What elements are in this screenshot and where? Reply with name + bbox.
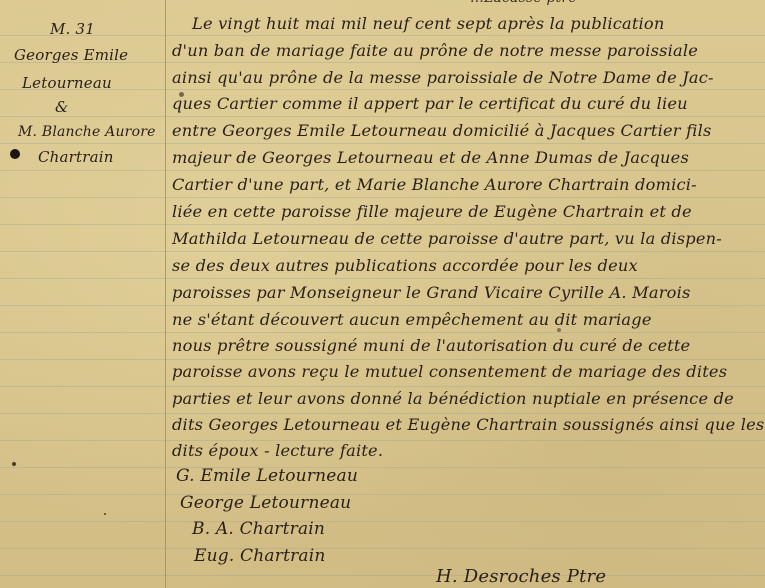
bride-first-name: M. Blanche Aurore: [18, 124, 156, 140]
groom-last-name: Letourneau: [22, 74, 112, 92]
body-line: Mathilda Letourneau de cette paroisse d'…: [172, 229, 722, 248]
header-fragment: ...Lacasse ptre: [470, 0, 577, 6]
paper-speck: [12, 462, 16, 466]
body-line: Le vingt huit mai mil neuf cent sept apr…: [192, 14, 665, 33]
body-line: liée en cette paroisse fille majeure de …: [172, 202, 692, 221]
body-line: majeur de Georges Letourneau et de Anne …: [172, 148, 689, 167]
body-line: se des deux autres publications accordée…: [172, 256, 638, 275]
body-line: Cartier d'une part, et Marie Blanche Aur…: [172, 175, 697, 194]
bride-last-name: Chartrain: [38, 148, 114, 166]
record-number: M. 31: [50, 20, 95, 38]
conjunction: &: [55, 98, 69, 116]
signature-bride: B. A. Chartrain: [192, 519, 325, 539]
signature-groom: G. Emile Letourneau: [176, 466, 358, 486]
body-line: entre Georges Emile Letourneau domicilié…: [172, 121, 712, 140]
signature-bride-father: Eug. Chartrain: [194, 546, 326, 566]
body-line: dits époux - lecture faite.: [172, 441, 383, 460]
body-line: paroisse avons reçu le mutuel consenteme…: [172, 362, 727, 381]
body-line: d'un ban de mariage faite au prône de no…: [172, 41, 698, 60]
groom-first-name: Georges Emile: [14, 46, 128, 64]
body-line: dits Georges Letourneau et Eugène Chartr…: [172, 415, 764, 434]
body-line: ainsi qu'au prône de la messe paroissial…: [172, 68, 714, 87]
body-line: paroisses par Monseigneur le Grand Vicai…: [172, 283, 691, 302]
body-line: ne s'étant découvert aucun empêchement a…: [172, 310, 652, 329]
body-line: parties et leur avons donné la bénédicti…: [172, 389, 734, 408]
body-line: ques Cartier comme il appert par le cert…: [172, 94, 688, 113]
binder-hole: [10, 149, 20, 159]
signature-groom-father: George Letourneau: [180, 493, 351, 513]
signature-officiant: H. Desroches Ptre: [436, 566, 606, 587]
paper-speck: [104, 513, 106, 515]
margin-line: [165, 0, 166, 588]
body-line: nous prêtre soussigné muni de l'autorisa…: [172, 336, 690, 355]
